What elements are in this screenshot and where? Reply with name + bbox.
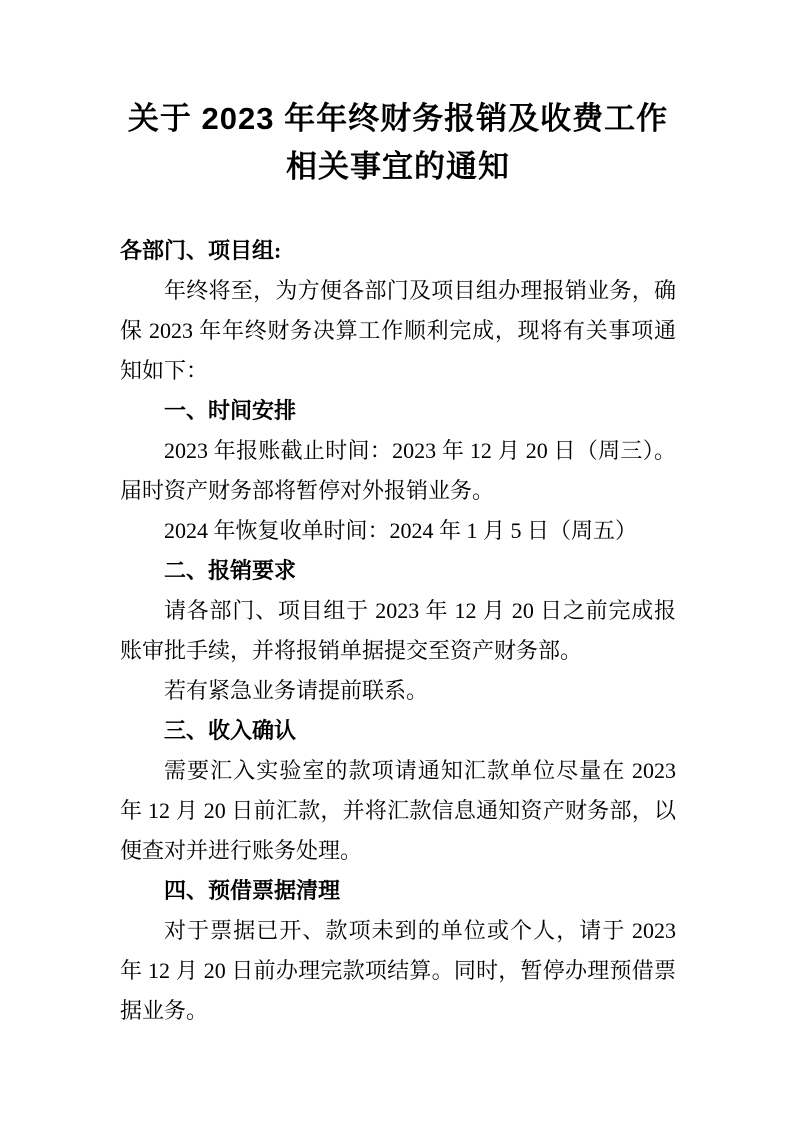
section-4-paragraph-1: 对于票据已开、款项未到的单位或个人，请于 2023 年 12 月 20 日前办理…: [120, 911, 676, 1031]
section-2-paragraph-2: 若有紧急业务请提前联系。: [120, 671, 676, 711]
section-1-heading: 一、时间安排: [120, 391, 676, 431]
document-title: 关于 2023 年年终财务报销及收费工作 相关事宜的通知: [120, 95, 676, 191]
salutation: 各部门、项目组:: [120, 231, 676, 271]
section-1-paragraph-2: 2024 年恢复收单时间：2024 年 1 月 5 日（周五）: [120, 511, 676, 551]
document-page: 关于 2023 年年终财务报销及收费工作 相关事宜的通知 各部门、项目组: 年终…: [0, 0, 793, 1122]
section-2-paragraph-1: 请各部门、项目组于 2023 年 12 月 20 日之前完成报账审批手续，并将报…: [120, 591, 676, 671]
title-line-2: 相关事宜的通知: [120, 143, 676, 191]
section-3-heading: 三、收入确认: [120, 711, 676, 751]
section-1-paragraph-1: 2023 年报账截止时间：2023 年 12 月 20 日（周三）。届时资产财务…: [120, 431, 676, 511]
section-4-heading: 四、预借票据清理: [120, 871, 676, 911]
title-line-1: 关于 2023 年年终财务报销及收费工作: [120, 95, 676, 143]
intro-paragraph: 年终将至，为方便各部门及项目组办理报销业务，确保 2023 年年终财务决算工作顺…: [120, 271, 676, 391]
section-3-paragraph-1: 需要汇入实验室的款项请通知汇款单位尽量在 2023 年 12 月 20 日前汇款…: [120, 751, 676, 871]
section-2-heading: 二、报销要求: [120, 551, 676, 591]
